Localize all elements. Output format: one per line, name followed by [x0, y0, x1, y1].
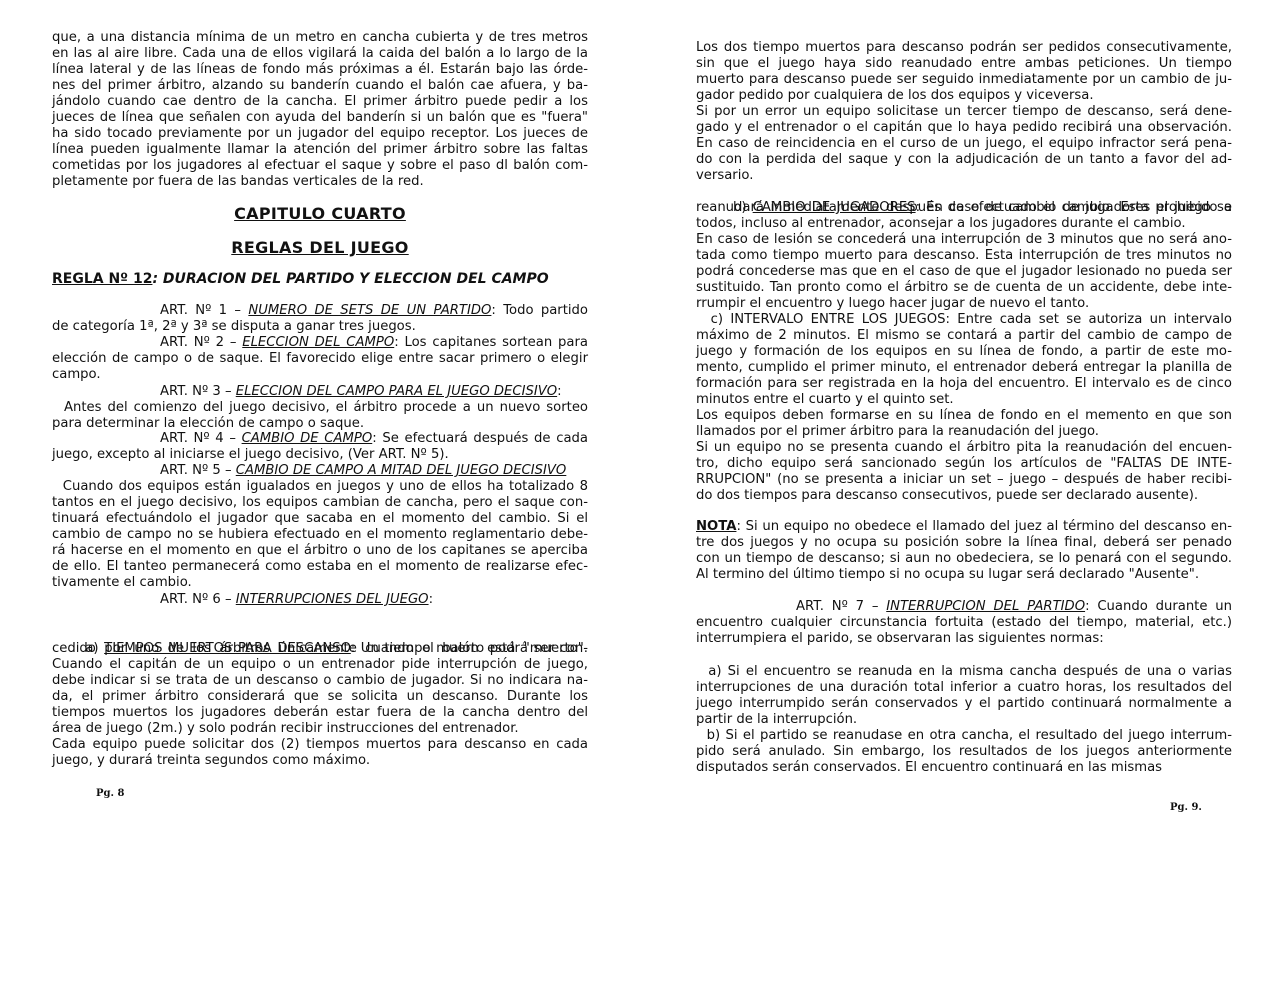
text-line: gador pedido por cualquiera de los dos e…	[696, 88, 1232, 104]
text-line: llamados por el primer árbitro para la r…	[696, 424, 1232, 440]
text-line: tre dos juegos y no ocupa su posición so…	[696, 535, 1232, 551]
text-line: Cada equipo puede solicitar dos (2) tiem…	[52, 737, 588, 753]
art-5-title: CAMBIO DE CAMPO A MITAD DEL JUEGO DECISI…	[236, 463, 567, 478]
text-line: reanudará inmediatamente después de efec…	[696, 200, 1232, 216]
text-line: encuentro cualquier circunstancia fortui…	[696, 615, 1232, 631]
text-line: versario.	[696, 168, 1232, 184]
text-line: línea pueden igualmente llamar la atenci…	[52, 142, 588, 158]
text-line: en las al aire libre. Cada una de ellos …	[52, 46, 588, 62]
text-line: cometidas por los jugadores al efectuar …	[52, 158, 588, 174]
text-line: de ello. El tanteo permanecerá como esta…	[52, 559, 588, 575]
art-3-title: ELECCION DEL CAMPO PARA EL JUEGO DECISIV…	[236, 384, 557, 399]
nota-heading: NOTA: Si un equipo no obedece el llamado…	[696, 519, 1232, 535]
text-line: Si por un error un equipo solicitase un …	[696, 104, 1232, 120]
text-line: jueces de línea que señalen con ayuda de…	[52, 110, 588, 126]
text-line: disputados serán conservados. El encuent…	[696, 760, 1232, 776]
text-line: rá hacerse en el momento en que el árbit…	[52, 543, 588, 559]
text-line: cambio de campo no se hubiera efectuado …	[52, 527, 588, 543]
art-7-heading: ART. Nº 7 – INTERRUPCION DEL PARTIDO: Cu…	[796, 599, 1232, 615]
art-1-heading: ART. Nº 1 – NUMERO DE SETS DE UN PARTIDO…	[160, 303, 588, 319]
text-line: que, a una distancia mínima de un metro …	[52, 30, 588, 46]
art-3-heading: ART. Nº 3 – ELECCION DEL CAMPO PARA EL J…	[160, 384, 588, 400]
art-5-heading: ART. Nº 5 – CAMBIO DE CAMPO A MITAD DEL …	[160, 463, 588, 479]
text-line: máximo de 2 minutos. El mismo se contará…	[696, 328, 1232, 344]
text-line: do con la perdida del saque y con la adj…	[696, 152, 1232, 168]
text-line: nes del primer árbitro, alzando su bande…	[52, 78, 588, 94]
art-4-title: CAMBIO DE CAMPO	[242, 431, 373, 446]
text-line: ha sido tocado previamente por un jugado…	[52, 126, 588, 142]
art-2-title: ELECCION DEL CAMPO	[242, 335, 394, 350]
page-number: Pg. 8	[96, 788, 124, 799]
text-line: elección de campo o de saque. El favorec…	[52, 351, 588, 367]
text-line: formación para ser registrada en la hoja…	[696, 376, 1232, 392]
page-number: Pg. 9.	[1170, 802, 1202, 813]
art-6-title: INTERRUPCIONES DEL JUEGO	[236, 592, 429, 607]
item-c-heading: c) INTERVALO ENTRE LOS JUEGOS: Entre cad…	[696, 312, 1232, 328]
text-line: juego interrumpido serán conservados y e…	[696, 696, 1232, 712]
text-line: juego, excepto al iniciarse el juego dec…	[52, 447, 588, 463]
art-2-heading: ART. Nº 2 – ELECCION DEL CAMPO: Los capi…	[160, 335, 588, 351]
text-line: interrumpiera el parido, se observaran l…	[696, 631, 1232, 647]
text-line: debe indicar si se trata de un descanso …	[52, 673, 588, 689]
text-line: línea lateral y de las líneas de fondo m…	[52, 62, 588, 78]
text-line: Al termino del último tiempo si no ocupa…	[696, 567, 1232, 583]
text-line: a) Si el encuentro se reanuda en la mism…	[696, 664, 1232, 680]
regla-heading: REGLA Nº 12: DURACION DEL PARTIDO Y ELEC…	[52, 271, 549, 287]
text-line: tivamente el cambio.	[52, 575, 588, 591]
text-line: partir de la interrupción.	[696, 712, 1232, 728]
text-line: juego y formación de los equipos en su l…	[696, 344, 1232, 360]
text-line: tada como tiempo muerto para descanso. E…	[696, 248, 1232, 264]
text-line: mento, cumplido el primer minuto, el ent…	[696, 360, 1232, 376]
text-line: b) Si el partido se reanudase en otra ca…	[696, 728, 1232, 744]
text-line: pido será anulado. Sin embargo, los resu…	[696, 744, 1232, 760]
text-line: de categoría 1ª, 2ª y 3ª se disputa a ga…	[52, 319, 588, 335]
text-line: interrupciones de una duración total inf…	[696, 680, 1232, 696]
text-line: Antes del comienzo del juego decisivo, e…	[52, 400, 588, 416]
art-1-title: NUMERO DE SETS DE UN PARTIDO	[248, 303, 491, 318]
text-line: para determinar la elección de campo o s…	[52, 416, 588, 432]
text-line: rrumpir el encuentro y luego hacer jugar…	[696, 296, 1232, 312]
text-line: da, el primer árbitro considerará que se…	[52, 689, 588, 705]
art-4-heading: ART. Nº 4 – CAMBIO DE CAMPO: Se efectuar…	[160, 431, 588, 447]
text-line: sustituido. Tan pronto como el árbitro s…	[696, 280, 1232, 296]
text-line: Cuando dos equipos están igualados en ju…	[52, 479, 588, 495]
text-line: do dos tiempos para descanso consecutivo…	[696, 488, 1232, 504]
text-line: con un tiempo de descanso; si aun no obe…	[696, 551, 1232, 567]
text-line: tiempos muertos los jugadores deberán es…	[52, 705, 588, 721]
text-line: área de juego (2m.) y solo podrán recibi…	[52, 721, 588, 737]
text-line: tinuará efectuándolo el jugador que saca…	[52, 511, 588, 527]
text-line: gado y el entrenador o el capitán que lo…	[696, 120, 1232, 136]
regla-label: REGLA Nº 12	[52, 271, 152, 287]
text-line: cedido por uno de los árbitros únicament…	[52, 641, 588, 657]
chapter-subtitle: REGLAS DEL JUEGO	[52, 238, 588, 257]
nota-label: NOTA	[696, 519, 736, 534]
text-line: campo.	[52, 367, 588, 383]
text-line: tantos en el juego decisivo, los equipos…	[52, 495, 588, 511]
text-line: podrá concederse mas que en el caso de q…	[696, 264, 1232, 280]
text-line: pletamente por fuera de las bandas verti…	[52, 174, 588, 190]
text-line: Los equipos deben formarse en su línea d…	[696, 408, 1232, 424]
art-6-heading: ART. Nº 6 – INTERRUPCIONES DEL JUEGO:	[160, 592, 588, 608]
text-line: RRUPCION" (no se presenta a iniciar un s…	[696, 472, 1232, 488]
text-line: sin que el juego haya sido reanudado ent…	[696, 56, 1232, 72]
text-line: En caso de reincidencia en el curso de u…	[696, 136, 1232, 152]
chapter-title: CAPITULO CUARTO	[52, 204, 588, 223]
text-line: jándolo cuando cae dentro de la cancha. …	[52, 94, 588, 110]
text-line: Cuando el capitán de un equipo o un entr…	[52, 657, 588, 673]
text-line: muerto para descanso puede ser seguido i…	[696, 72, 1232, 88]
text-line: Los dos tiempo muertos para descanso pod…	[696, 40, 1232, 56]
text-line: juego, y durará treinta segundos como má…	[52, 753, 588, 769]
text-line: En caso de lesión se concederá una inter…	[696, 232, 1232, 248]
text-line: Si un equipo no se presenta cuando el ár…	[696, 440, 1232, 456]
text-line: minutos entre el cuarto y el quinto set.	[696, 392, 1232, 408]
text-line: todos, incluso al entrenador, aconsejar …	[696, 216, 1232, 232]
regla-title: : DURACION DEL PARTIDO Y ELECCION DEL CA…	[152, 271, 548, 287]
art-7-title: INTERRUPCION DEL PARTIDO	[886, 599, 1085, 614]
text-line: tro, dicho equipo será sancionado según …	[696, 456, 1232, 472]
